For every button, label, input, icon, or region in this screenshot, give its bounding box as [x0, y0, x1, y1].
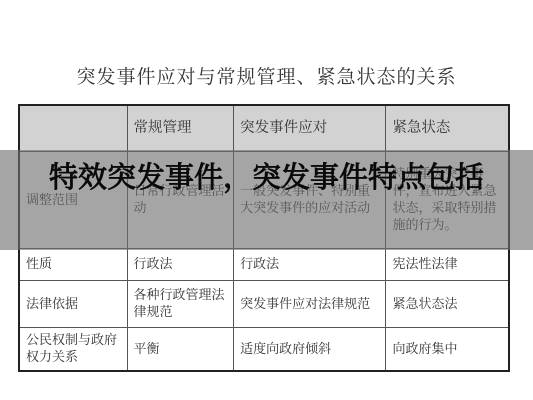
table-cell: 行政法 [234, 249, 386, 281]
table-cell: 紧急状态法 [386, 281, 509, 328]
header-cell-emergency-response: 突发事件应对 [234, 105, 386, 152]
header-cell-empty [19, 105, 127, 152]
table-cell: 向政府集中 [386, 328, 509, 372]
row-label: 性质 [19, 249, 127, 281]
table-cell: 宪法性法律 [386, 249, 509, 281]
caption-overlay-text: 特效突发事件，突发事件特点包括 [40, 158, 493, 196]
table-row: 性质 行政法 行政法 宪法性法律 [19, 249, 509, 281]
table-cell: 各种行政管理法律规范 [127, 281, 234, 328]
table-row: 公民权制与政府权力关系 平衡 适度向政府倾斜 向政府集中 [19, 328, 509, 372]
header-cell-state-of-emergency: 紧急状态 [386, 105, 509, 152]
table-header-row: 常规管理 突发事件应对 紧急状态 [19, 105, 509, 152]
table-row: 法律依据 各种行政管理法律规范 突发事件应对法律规范 紧急状态法 [19, 281, 509, 328]
row-label: 法律依据 [19, 281, 127, 328]
document-title: 突发事件应对与常规管理、紧急状态的关系 [0, 62, 533, 89]
table-cell: 适度向政府倾斜 [234, 328, 386, 372]
table-cell: 平衡 [127, 328, 234, 372]
table-cell: 行政法 [127, 249, 234, 281]
table-cell: 突发事件应对法律规范 [234, 281, 386, 328]
row-label: 公民权制与政府权力关系 [19, 328, 127, 372]
header-cell-routine-management: 常规管理 [127, 105, 234, 152]
